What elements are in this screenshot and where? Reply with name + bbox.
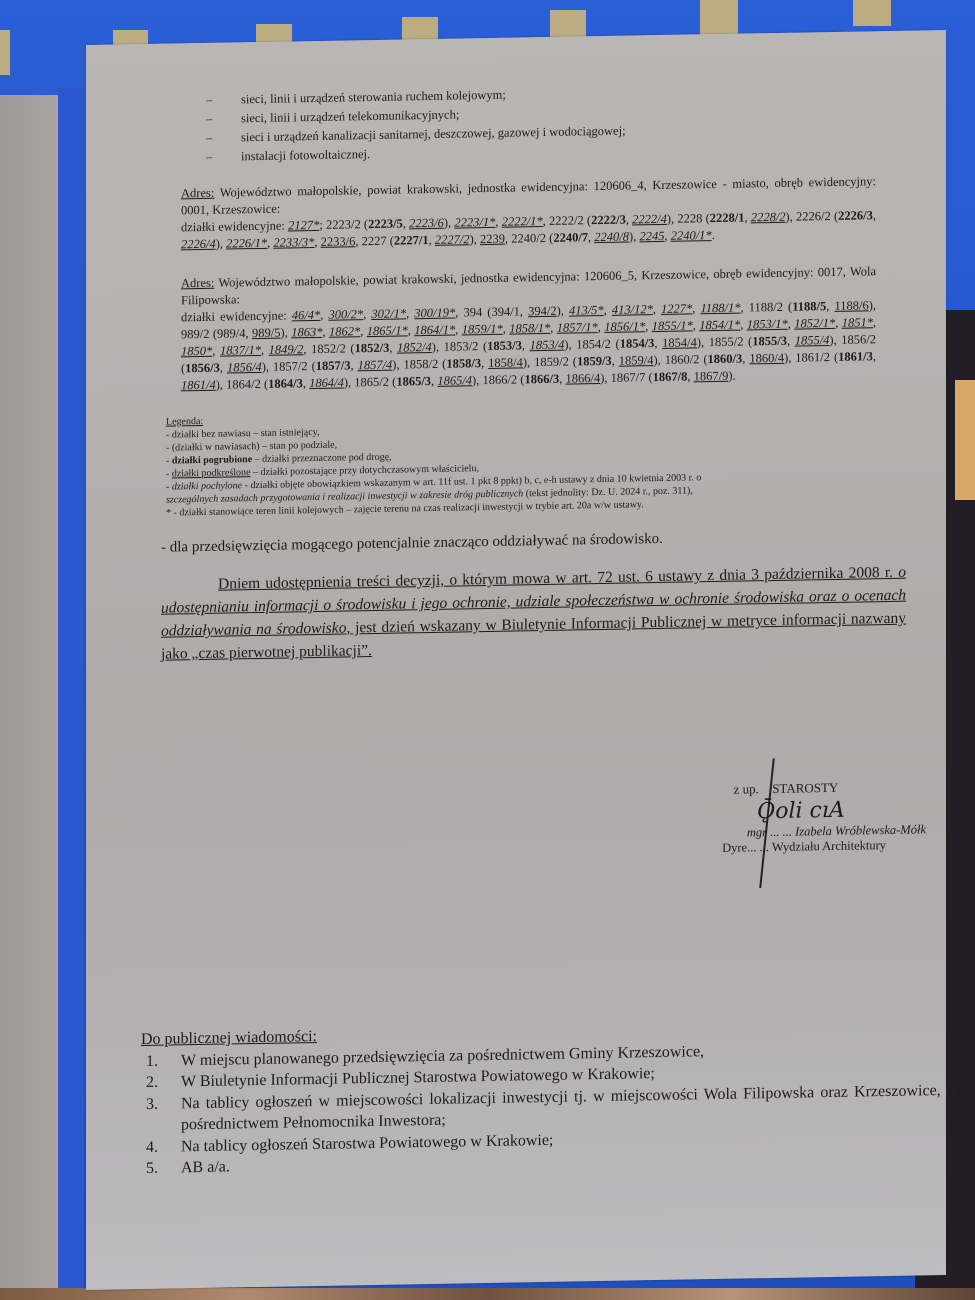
parcel-number: 1864/4 bbox=[309, 375, 344, 390]
publication-notice: Dniem udostępnienia treści decyzji, o kt… bbox=[161, 561, 906, 666]
parcel-number: 2240/7 bbox=[553, 230, 588, 245]
parcel-number: 1854/3 bbox=[620, 336, 655, 351]
parcel-number: 1855/3 bbox=[752, 334, 787, 349]
parcel-separator: ), bbox=[557, 304, 569, 318]
signature-block: z up. STAROSTY Ǭoli cıA mgr ... ... Izab… bbox=[646, 778, 926, 857]
parcel-number: 1867/8 bbox=[653, 370, 688, 385]
parcel-separator: ), bbox=[629, 229, 639, 243]
parcel-separator: , bbox=[389, 341, 397, 355]
parcel-separator: ), 1864/2 ( bbox=[216, 377, 268, 392]
parcel-number: 1850* bbox=[181, 344, 212, 359]
parcel-number: 1854/1* bbox=[699, 318, 740, 333]
address-label: Adres: bbox=[181, 186, 214, 201]
shelf-edge bbox=[0, 1288, 975, 1300]
parcel-number: 2222/4 bbox=[632, 212, 667, 227]
parcel-number: 1851* bbox=[842, 315, 873, 330]
parcel-number: 2239 bbox=[480, 232, 505, 246]
bullet-dash: – bbox=[206, 109, 241, 129]
parcel-separator: , bbox=[873, 208, 876, 222]
parcel-number: 1860/3 bbox=[708, 352, 743, 367]
parcel-number: 1862* bbox=[329, 324, 360, 339]
parcel-number: 1864/1* bbox=[414, 323, 455, 338]
parcel-separator: , bbox=[261, 343, 269, 357]
parcel-number: 1837/1* bbox=[220, 343, 261, 358]
parcel-separator: , bbox=[873, 349, 876, 363]
parcel-separator: ), 1854/2 ( bbox=[564, 337, 619, 352]
parcel-separator: ), 1861/2 ( bbox=[784, 350, 838, 365]
parcel-separator: ), bbox=[444, 216, 455, 230]
parcel-number: 46/4* bbox=[292, 308, 320, 322]
parcel-number: 1855/4 bbox=[795, 333, 830, 348]
parcel-number: 1849/2 bbox=[269, 342, 304, 357]
parcel-number: 2222/3 bbox=[591, 213, 626, 228]
legend-key: działki podkreślone bbox=[172, 467, 251, 479]
adjacent-notice-sheet bbox=[0, 95, 58, 1300]
environment-line: - dla przedsięwzięcia mogącego potencjal… bbox=[161, 531, 663, 557]
address-wola-filipowska: Adres: Województwo małopolskie, powiat k… bbox=[181, 263, 876, 394]
parcel-number: 1861/4 bbox=[181, 378, 216, 393]
parcel-number: 2233/3* bbox=[273, 235, 314, 250]
parcel-separator: , bbox=[873, 315, 876, 329]
legend-key: działki pochylone bbox=[172, 480, 242, 492]
item-number: 3. bbox=[141, 1093, 181, 1137]
parcel-separator: ), 1855/2 ( bbox=[697, 334, 752, 349]
parcel-separator: ), 1867/7 ( bbox=[600, 370, 652, 385]
parcel-separator: . bbox=[712, 228, 715, 242]
parcel-separator: ), bbox=[281, 325, 292, 339]
legend-key: (działki w nawiasach) bbox=[172, 441, 260, 454]
legend-key: działki pogrubione bbox=[172, 454, 252, 466]
parcel-separator: , bbox=[351, 358, 358, 372]
parcel-number: 989/5 bbox=[252, 326, 280, 340]
parcel-number: 300/19* bbox=[414, 306, 455, 321]
parcel-number: 413/5* bbox=[569, 303, 604, 318]
parcel-number: 1857/3 bbox=[316, 358, 351, 373]
parcel-number: 1864/3 bbox=[268, 376, 303, 391]
parcel-number: 1856/4 bbox=[227, 360, 262, 375]
parcel-separator: ), 1866/2 ( bbox=[472, 372, 524, 387]
tape-strip bbox=[700, 0, 738, 36]
parcel-separator: ; 2223/2 ( bbox=[319, 217, 368, 232]
parcel-number: 2223/6 bbox=[409, 216, 444, 231]
parcel-number: 2223/1* bbox=[454, 215, 495, 230]
parcel-number: 1854/4 bbox=[662, 335, 697, 350]
item-number: 5. bbox=[141, 1157, 181, 1179]
parcel-separator: ). bbox=[728, 369, 735, 383]
infrastructure-list: –sieci, linii i urządzeń sterowania ruch… bbox=[206, 84, 626, 167]
parcel-separator: ), 1853/2 ( bbox=[432, 339, 487, 354]
parcel-separator: ), 2226/2 ( bbox=[786, 209, 839, 224]
parcel-separator: ), bbox=[470, 232, 480, 246]
tape-strip bbox=[853, 0, 891, 26]
parcel-separator: ), 1857/2 ( bbox=[262, 359, 316, 374]
legend-desc: – stan istniejący, bbox=[251, 427, 320, 439]
bullet-text: instalacji fotowoltaicznej. bbox=[241, 145, 370, 166]
legend: Legenda: - działki bez nawiasu – stan is… bbox=[166, 403, 866, 519]
parcel-separator: ), 1858/2 ( bbox=[392, 357, 446, 372]
starosty-label: STAROSTY bbox=[772, 780, 838, 796]
parcel-number: 2240/1* bbox=[671, 228, 712, 243]
parcels-label: działki ewidencyjne: bbox=[181, 218, 288, 234]
parcel-number: 2226/3 bbox=[838, 208, 873, 223]
parcel-number: 1856/1* bbox=[604, 319, 645, 334]
parcel-number: 1857/4 bbox=[358, 358, 393, 373]
parcel-number: 1857/1* bbox=[557, 320, 598, 335]
parcel-separator: ), 1865/2 ( bbox=[344, 375, 396, 390]
parcel-number: 1188/5 bbox=[792, 299, 826, 314]
item-number: 4. bbox=[141, 1136, 181, 1158]
tape-strip bbox=[0, 30, 10, 75]
parcel-number: 2226/1* bbox=[226, 236, 267, 251]
public-notice-list: Do publicznej wiadomości: 1.W miejscu pl… bbox=[141, 1015, 961, 1180]
parcel-number: 2222/1* bbox=[502, 214, 543, 229]
legend-prefix: * bbox=[166, 507, 174, 518]
parcel-number: 1863* bbox=[291, 325, 322, 340]
parcel-number: 1858/4 bbox=[488, 355, 523, 370]
parcel-number: 1855/1* bbox=[652, 318, 693, 333]
bullet-dash: – bbox=[206, 90, 241, 110]
parcel-number: 2233/6 bbox=[321, 234, 356, 249]
item-number: 1. bbox=[141, 1050, 181, 1072]
parcel-number: 1188/6 bbox=[834, 298, 868, 313]
parcel-number: 1853/1* bbox=[747, 317, 788, 332]
parcel-separator: , bbox=[787, 334, 795, 348]
parcel-number: 1859/3 bbox=[577, 354, 612, 369]
bullet-dash: – bbox=[206, 147, 241, 167]
parcel-number: 1859/4 bbox=[619, 353, 654, 368]
parcel-number: 1853/4 bbox=[530, 338, 565, 353]
parcel-number: 1858/1* bbox=[509, 321, 550, 336]
address-label: Adres: bbox=[181, 276, 214, 291]
parcel-number: 1867/9 bbox=[694, 369, 729, 384]
address-krzeszowice: Adres: Województwo małopolskie, powiat k… bbox=[181, 173, 876, 253]
parcel-separator: , 1852/2 ( bbox=[303, 341, 354, 356]
board-frame-stripe bbox=[58, 88, 84, 1300]
parcel-separator: , 1188/2 ( bbox=[741, 300, 793, 315]
parcel-number: 2227/1 bbox=[394, 233, 429, 248]
parcel-number: 1861/3 bbox=[838, 349, 873, 364]
parcel-number: 2127* bbox=[288, 218, 319, 233]
parcel-separator: , bbox=[653, 302, 661, 316]
parcel-number: 1865/4 bbox=[437, 373, 472, 388]
parcel-number: 1852/1* bbox=[794, 316, 835, 331]
parcel-separator: , bbox=[604, 303, 612, 317]
parcel-separator: , 394 (394/1, bbox=[455, 304, 528, 319]
parcel-number: 1866/4 bbox=[565, 371, 600, 386]
parcel-number: 1866/3 bbox=[524, 372, 559, 387]
parcel-number: 2240/8 bbox=[594, 230, 629, 245]
parcel-number: 394/2 bbox=[528, 304, 556, 318]
parcel-number: 1188/1* bbox=[700, 301, 740, 316]
parcel-separator: , bbox=[522, 338, 530, 352]
parcel-number: 2228/1 bbox=[710, 211, 745, 226]
background-light bbox=[955, 380, 975, 500]
parcel-number: 1853/3 bbox=[487, 338, 522, 353]
legend-key: działki bez nawiasu bbox=[172, 428, 251, 440]
parcel-separator: , 2222/2 ( bbox=[543, 213, 591, 228]
legend-desc: – stan po podziale, bbox=[260, 440, 337, 452]
parcel-number: 1852/4 bbox=[397, 340, 432, 355]
parcel-separator: ), 1859/2 ( bbox=[523, 354, 577, 369]
parcel-number: 2228/2 bbox=[751, 210, 786, 225]
parcel-number: 1227* bbox=[661, 301, 692, 316]
parcel-separator: ), 1860/2 ( bbox=[653, 352, 707, 367]
parcel-number: 1856/3 bbox=[185, 361, 220, 376]
parcel-number: 302/1* bbox=[371, 306, 406, 321]
parcel-number: 1865/3 bbox=[396, 374, 431, 389]
bullet-dash: – bbox=[206, 128, 241, 148]
parcel-number: 1865/1* bbox=[367, 323, 408, 338]
legend-desc: (tekst jednolity: Dz. U. 2024 r., poz. 3… bbox=[523, 485, 693, 499]
parcel-number: 1858/3 bbox=[446, 356, 481, 371]
parcel-number: 2227/2 bbox=[435, 232, 470, 247]
parcel-number: 2226/4 bbox=[181, 237, 216, 252]
on-behalf-prefix: z up. bbox=[734, 781, 759, 796]
parcel-number: 1852/3 bbox=[355, 341, 390, 356]
parcel-separator: ), bbox=[216, 237, 226, 251]
parcel-separator: , 2240/2 ( bbox=[505, 231, 553, 246]
decision-document: –sieci, linii i urządzeń sterowania ruch… bbox=[86, 30, 946, 1290]
parcels-label: działki ewidencyjne: bbox=[181, 308, 292, 324]
parcel-number: 300/2* bbox=[328, 307, 363, 322]
parcel-separator: , bbox=[212, 344, 220, 358]
parcel-number: 2223/5 bbox=[368, 216, 403, 231]
parcel-separator: , 2227 ( bbox=[355, 234, 394, 249]
parcel-separator: , bbox=[654, 336, 662, 350]
parcel-number: 2245 bbox=[639, 229, 664, 243]
parcel-number: 1859/1* bbox=[462, 322, 503, 337]
parcel-separator: , bbox=[612, 354, 619, 368]
item-number: 2. bbox=[141, 1071, 181, 1093]
parcel-number: 413/12* bbox=[612, 302, 653, 317]
parcel-separator: ), 2228 ( bbox=[667, 211, 710, 226]
parcel-separator: , bbox=[220, 361, 227, 375]
parcel-number: 1860/4 bbox=[749, 351, 784, 366]
